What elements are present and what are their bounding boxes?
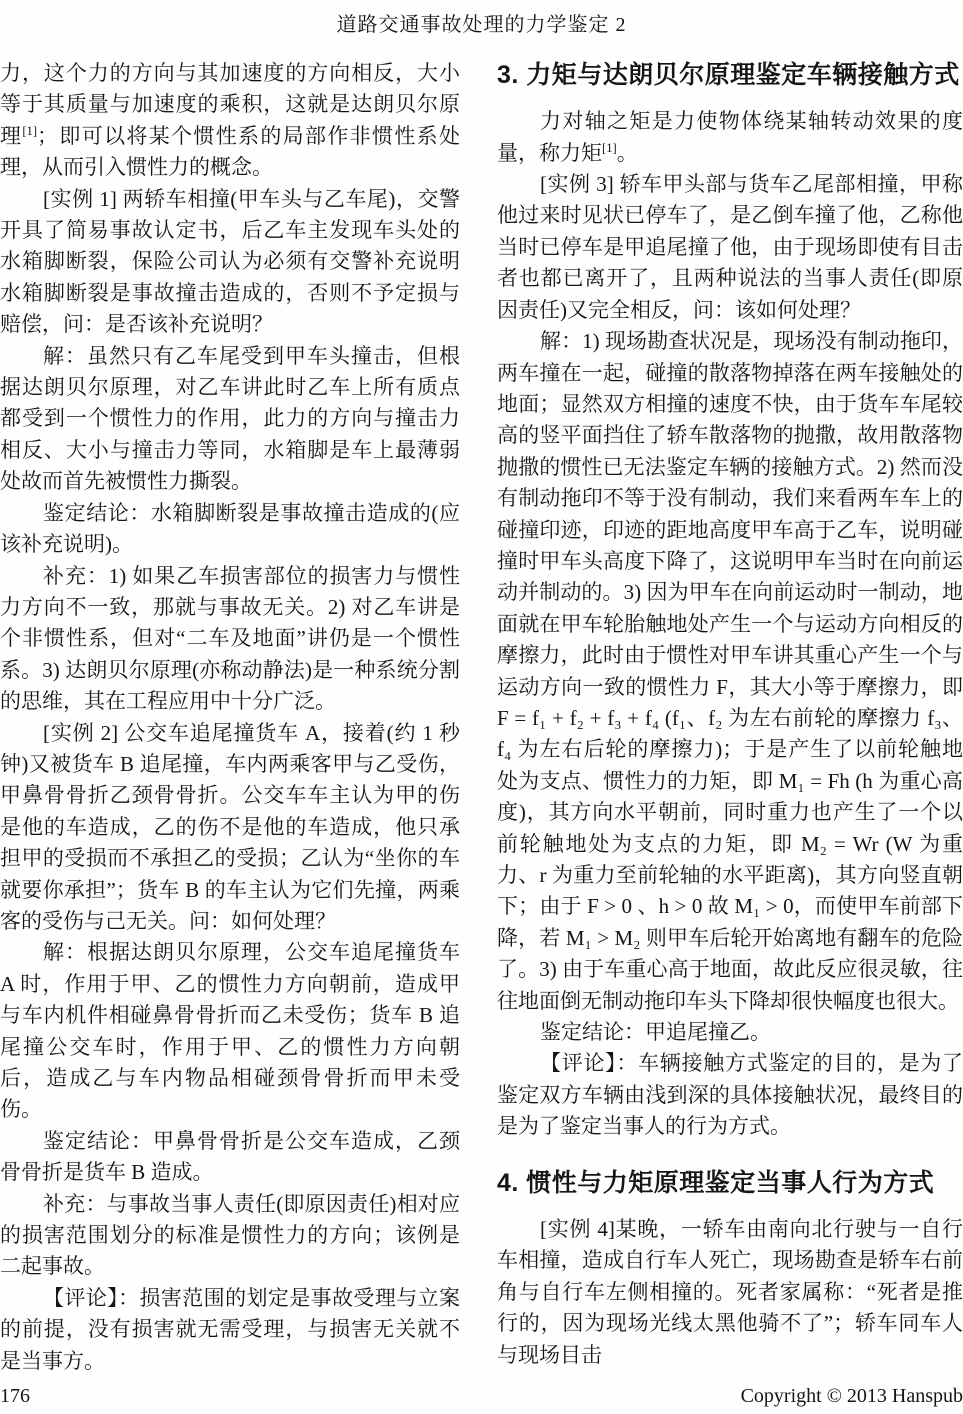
paragraph: 解：1) 现场勘查状况是，现场没有制动拖印，两车撞在一起，碰撞的散落物掉落在两车… xyxy=(497,326,963,1017)
paragraph: 鉴定结论：甲鼻骨骨折是公交车造成，乙颈骨骨折是货车 B 造成。 xyxy=(0,1126,460,1189)
section-heading: 4. 惯性与力矩原理鉴定当事人行为方式 xyxy=(497,1168,963,1199)
paragraph: 力对轴之矩是力使物体绕某轴转动效果的度量，称力矩[1]。 xyxy=(497,106,963,169)
left-column: 力，这个力的方向与其加速度的方向相反，大小等于其质量与加速度的乘积，这就是达朗贝… xyxy=(0,58,460,1377)
paragraph: 补充：1) 如果乙车损害部位的损害力与惯性力方向不一致，那就与事故无关。2) 对… xyxy=(0,561,460,718)
text-run: [实例 3] 轿车甲头部与货车乙尾部相撞，甲称他过来时见状已停车了，是乙倒车撞了… xyxy=(497,172,963,322)
document-page: 道路交通事故处理的力学鉴定 2 力，这个力的方向与其加速度的方向相反，大小等于其… xyxy=(0,0,963,1414)
text-run: 解：虽然只有乙车尾受到甲车头撞击，但根据达朗贝尔原理，对乙车讲此时乙车上所有质点… xyxy=(0,344,460,494)
paragraph: [实例 1] 两轿车相撞(甲车头与乙车尾)，交警开具了简易事故认定书，后乙车主发… xyxy=(0,184,460,341)
paragraph: 鉴定结论：甲追尾撞乙。 xyxy=(497,1017,963,1048)
text-run: ；即可以将某个惯性系的局部作非惯性系处理，从而引入惯性力的概念。 xyxy=(0,124,460,179)
right-column: 3. 力矩与达朗贝尔原理鉴定车辆接触方式力对轴之矩是力使物体绕某轴转动效果的度量… xyxy=(497,58,963,1377)
paragraph: 【评论】：损害范围的划定是事故受理与立案的前提，没有损害就无需受理，与损害无关就… xyxy=(0,1283,460,1377)
page-header-title: 道路交通事故处理的力学鉴定 2 xyxy=(0,8,963,37)
paragraph: 补充：与事故当事人责任(即原因责任)相对应的损害范围划分的标准是惯性力的方向；该… xyxy=(0,1189,460,1283)
paragraph: 解：根据达朗贝尔原理，公交车追尾撞货车 A 时，作用于甲、乙的惯性力方向朝前，造… xyxy=(0,937,460,1125)
text-run: [实例 1] 两轿车相撞(甲车头与乙车尾)，交警开具了简易事故认定书，后乙车主发… xyxy=(0,187,460,337)
section-heading: 3. 力矩与达朗贝尔原理鉴定车辆接触方式 xyxy=(497,60,963,91)
text-run: 。 xyxy=(617,141,638,165)
text-run: [实例 4]某晚，一轿车由南向北行驶与一自行车相撞，造成自行车人死亡，现场勘查是… xyxy=(497,1217,963,1367)
page-footer: 176 Copyright © 2013 Hanspub xyxy=(0,1385,963,1408)
two-column-body: 力，这个力的方向与其加速度的方向相反，大小等于其质量与加速度的乘积，这就是达朗贝… xyxy=(0,58,963,1377)
paragraph: 解：虽然只有乙车尾受到甲车头撞击，但根据达朗贝尔原理，对乙车讲此时乙车上所有质点… xyxy=(0,341,460,498)
text-run: 【评论】：损害范围的划定是事故受理与立案的前提，没有损害就无需受理，与损害无关就… xyxy=(0,1286,460,1373)
text-run: 鉴定结论：甲追尾撞乙。 xyxy=(540,1020,771,1044)
paragraph: [实例 2] 公交车追尾撞货车 A，接着(约 1 秒钟)又被货车 B 追尾撞，车… xyxy=(0,718,460,938)
paragraph: 鉴定结论：水箱脚断裂是事故撞击造成的(应该补充说明)。 xyxy=(0,498,460,561)
text-run: 4. 惯性与力矩原理鉴定当事人行为方式 xyxy=(497,1169,934,1197)
superscript-reference: [1] xyxy=(602,141,617,155)
superscript-reference: [1] xyxy=(22,124,37,138)
paragraph: 【评论】：车辆接触方式鉴定的目的，是为了鉴定双方车辆由浅到深的具体接触状况，最终… xyxy=(497,1048,963,1142)
text-run: 鉴定结论：水箱脚断裂是事故撞击造成的(应该补充说明)。 xyxy=(0,501,460,556)
text-run: [实例 2] 公交车追尾撞货车 A，接着(约 1 秒钟)又被货车 B 追尾撞，车… xyxy=(0,721,460,933)
text-run: 解：根据达朗贝尔原理，公交车追尾撞货车 A 时，作用于甲、乙的惯性力方向朝前，造… xyxy=(0,940,460,1121)
text-run: 3. 力矩与达朗贝尔原理鉴定车辆接触方式 xyxy=(497,61,960,89)
text-run: 补充：与事故当事人责任(即原因责任)相对应的损害范围划分的标准是惯性力的方向；该… xyxy=(0,1192,460,1279)
text-run: 力对轴之矩是力使物体绕某轴转动效果的度量，称力矩 xyxy=(497,109,963,164)
text-run: 补充：1) 如果乙车损害部位的损害力与惯性力方向不一致，那就与事故无关。2) 对… xyxy=(0,564,460,714)
copyright-text: Copyright © 2013 Hanspub xyxy=(741,1385,963,1408)
paragraph: [实例 3] 轿车甲头部与货车乙尾部相撞，甲称他过来时见状已停车了，是乙倒车撞了… xyxy=(497,169,963,326)
text-run: 解：1) 现场勘查状况是，现场没有制动拖印，两车撞在一起，碰撞的散落物掉落在两车… xyxy=(497,329,963,1013)
text-run: 【评论】：车辆接触方式鉴定的目的，是为了鉴定双方车辆由浅到深的具体接触状况，最终… xyxy=(497,1051,963,1138)
paragraph: 力，这个力的方向与其加速度的方向相反，大小等于其质量与加速度的乘积，这就是达朗贝… xyxy=(0,58,460,184)
text-run: 鉴定结论：甲鼻骨骨折是公交车造成，乙颈骨骨折是货车 B 造成。 xyxy=(0,1129,460,1184)
page-number: 176 xyxy=(0,1385,30,1408)
paragraph: [实例 4]某晚，一轿车由南向北行驶与一自行车相撞，造成自行车人死亡，现场勘查是… xyxy=(497,1214,963,1371)
